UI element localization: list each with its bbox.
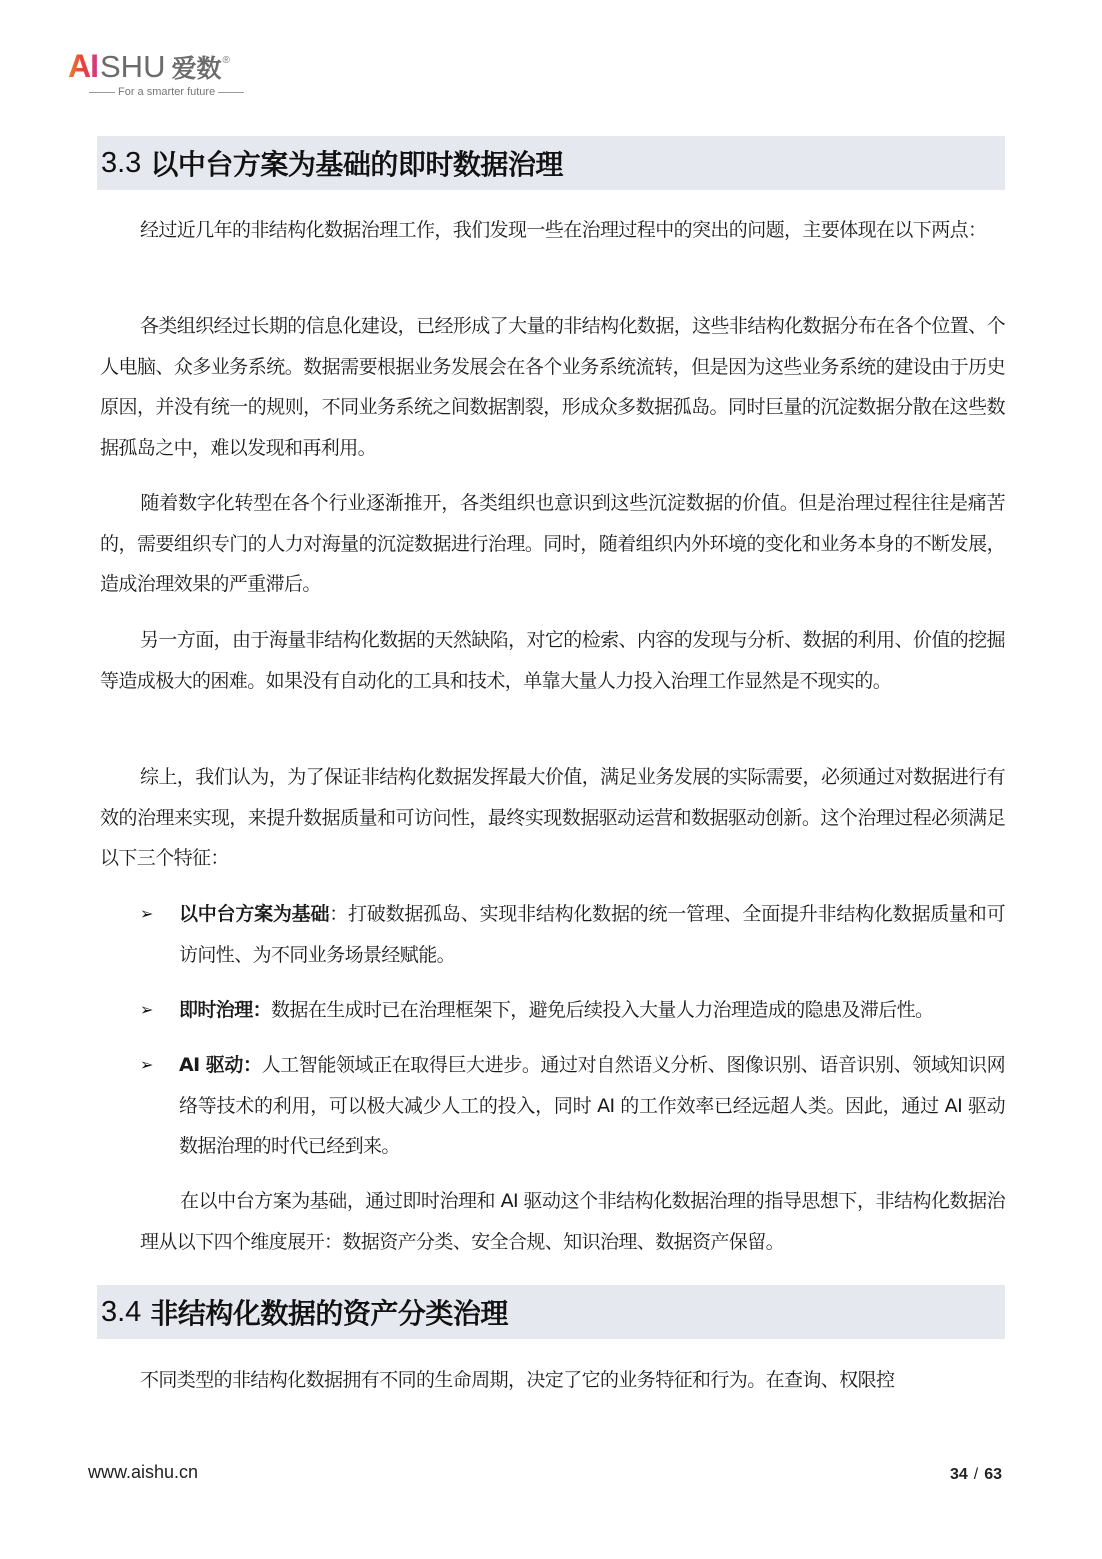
paragraph-text: 不同类型的非结构化数据拥有不同的生命周期，决定了它的业务特征和行为。在查询、权限…: [140, 1369, 894, 1391]
section-number: 3.3: [101, 147, 141, 180]
paragraph: 另一方面，由于海量非结构化数据的天然缺陷，对它的检索、内容的发现与分析、数据的利…: [100, 620, 1005, 701]
paragraph: 随着数字化转型在各个行业逐渐推开，各类组织也意识到这些沉淀数据的价值。但是治理过…: [100, 483, 1005, 605]
section-title: 非结构化数据的资产分类治理: [150, 1292, 508, 1332]
page-number: 34/63: [950, 1466, 1002, 1484]
logo-ai-text: AI: [68, 48, 98, 85]
logo-shu-text: SHU: [100, 49, 165, 85]
section-heading-3-3: 3.3 以中台方案为基础的即时数据治理: [97, 136, 1005, 190]
section-heading-3-4: 3.4 非结构化数据的资产分类治理: [97, 1285, 1005, 1339]
logo-tagline: For a smarter future: [86, 86, 247, 98]
paragraph-text: 另一方面，由于海量非结构化数据的天然缺陷，对它的检索、内容的发现与分析、数据的利…: [100, 629, 1005, 692]
bullet-body: 以中台方案为基础：打破数据孤岛、实现非结构化数据的统一管理、全面提升非结构化数据…: [179, 894, 1005, 975]
tagline-text: For a smarter future: [118, 86, 215, 98]
section-title: 以中台方案为基础的即时数据治理: [150, 143, 563, 183]
arrow-bullet-icon: ➢: [140, 894, 153, 935]
page-separator: /: [974, 1466, 978, 1483]
brand-logo: AI SHU 爱数 ® For a smarter future: [68, 48, 288, 104]
tagline-rule-right: [218, 92, 244, 93]
bullet-body: AI 驱动：人工智能领域正在取得巨大进步。通过对自然语义分析、图像识别、语音识别…: [179, 1045, 1005, 1167]
logo-wordmark: AI SHU 爱数 ®: [68, 48, 230, 84]
arrow-bullet-icon: ➢: [140, 990, 153, 1031]
tagline-rule-left: [89, 92, 115, 93]
paragraph-text: 经过近几年的非结构化数据治理工作，我们发现一些在治理过程中的突出的问题，主要体现…: [140, 219, 986, 241]
paragraph: 各类组织经过长期的信息化建设，已经形成了大量的非结构化数据，这些非结构化数据分布…: [100, 306, 1005, 468]
paragraph-text: 在以中台方案为基础，通过即时治理和 AI 驱动这个非结构化数据治理的指导思想下，…: [140, 1190, 1005, 1253]
total-pages: 63: [984, 1466, 1002, 1483]
registered-mark-icon: ®: [222, 55, 229, 66]
bullet-body: 即时治理：数据在生成时已在治理框架下，避免后续投入大量人力治理造成的隐患及滞后性…: [179, 990, 1005, 1031]
paragraph-text: 随着数字化转型在各个行业逐渐推开，各类组织也意识到这些沉淀数据的价值。但是治理过…: [100, 492, 1005, 595]
footer-website-link[interactable]: www.aishu.cn: [88, 1462, 198, 1483]
bullet-text: 人工智能领域正在取得巨大进步。通过对自然语义分析、图像识别、语音识别、领域知识网…: [179, 1054, 1005, 1157]
bullet-item: ➢ 以中台方案为基础：打破数据孤岛、实现非结构化数据的统一管理、全面提升非结构化…: [140, 894, 1005, 975]
bullet-item: ➢ 即时治理：数据在生成时已在治理框架下，避免后续投入大量人力治理造成的隐患及滞…: [140, 990, 1005, 1031]
arrow-bullet-icon: ➢: [140, 1045, 153, 1086]
paragraph-text: 各类组织经过长期的信息化建设，已经形成了大量的非结构化数据，这些非结构化数据分布…: [100, 315, 1005, 459]
paragraph: 不同类型的非结构化数据拥有不同的生命周期，决定了它的业务特征和行为。在查询、权限…: [100, 1360, 1005, 1401]
paragraph: 经过近几年的非结构化数据治理工作，我们发现一些在治理过程中的突出的问题，主要体现…: [100, 210, 1005, 251]
bullet-lead: AI 驱动：: [179, 1054, 262, 1076]
summary-paragraph: 在以中台方案为基础，通过即时治理和 AI 驱动这个非结构化数据治理的指导思想下，…: [140, 1181, 1005, 1262]
section-number: 3.4: [101, 1296, 141, 1329]
bullet-item: ➢ AI 驱动：人工智能领域正在取得巨大进步。通过对自然语义分析、图像识别、语音…: [140, 1045, 1005, 1167]
paragraph-text: 综上，我们认为，为了保证非结构化数据发挥最大价值，满足业务发展的实际需要，必须通…: [100, 766, 1005, 869]
current-page: 34: [950, 1466, 968, 1483]
paragraph: 综上，我们认为，为了保证非结构化数据发挥最大价值，满足业务发展的实际需要，必须通…: [100, 757, 1005, 879]
bullet-text: 数据在生成时已在治理框架下，避免后续投入大量人力治理造成的隐患及滞后性。: [271, 999, 933, 1021]
bullet-lead: 即时治理：: [179, 999, 271, 1021]
logo-chinese-text: 爱数: [171, 49, 221, 85]
bullet-lead: 以中台方案为基础: [179, 903, 329, 925]
